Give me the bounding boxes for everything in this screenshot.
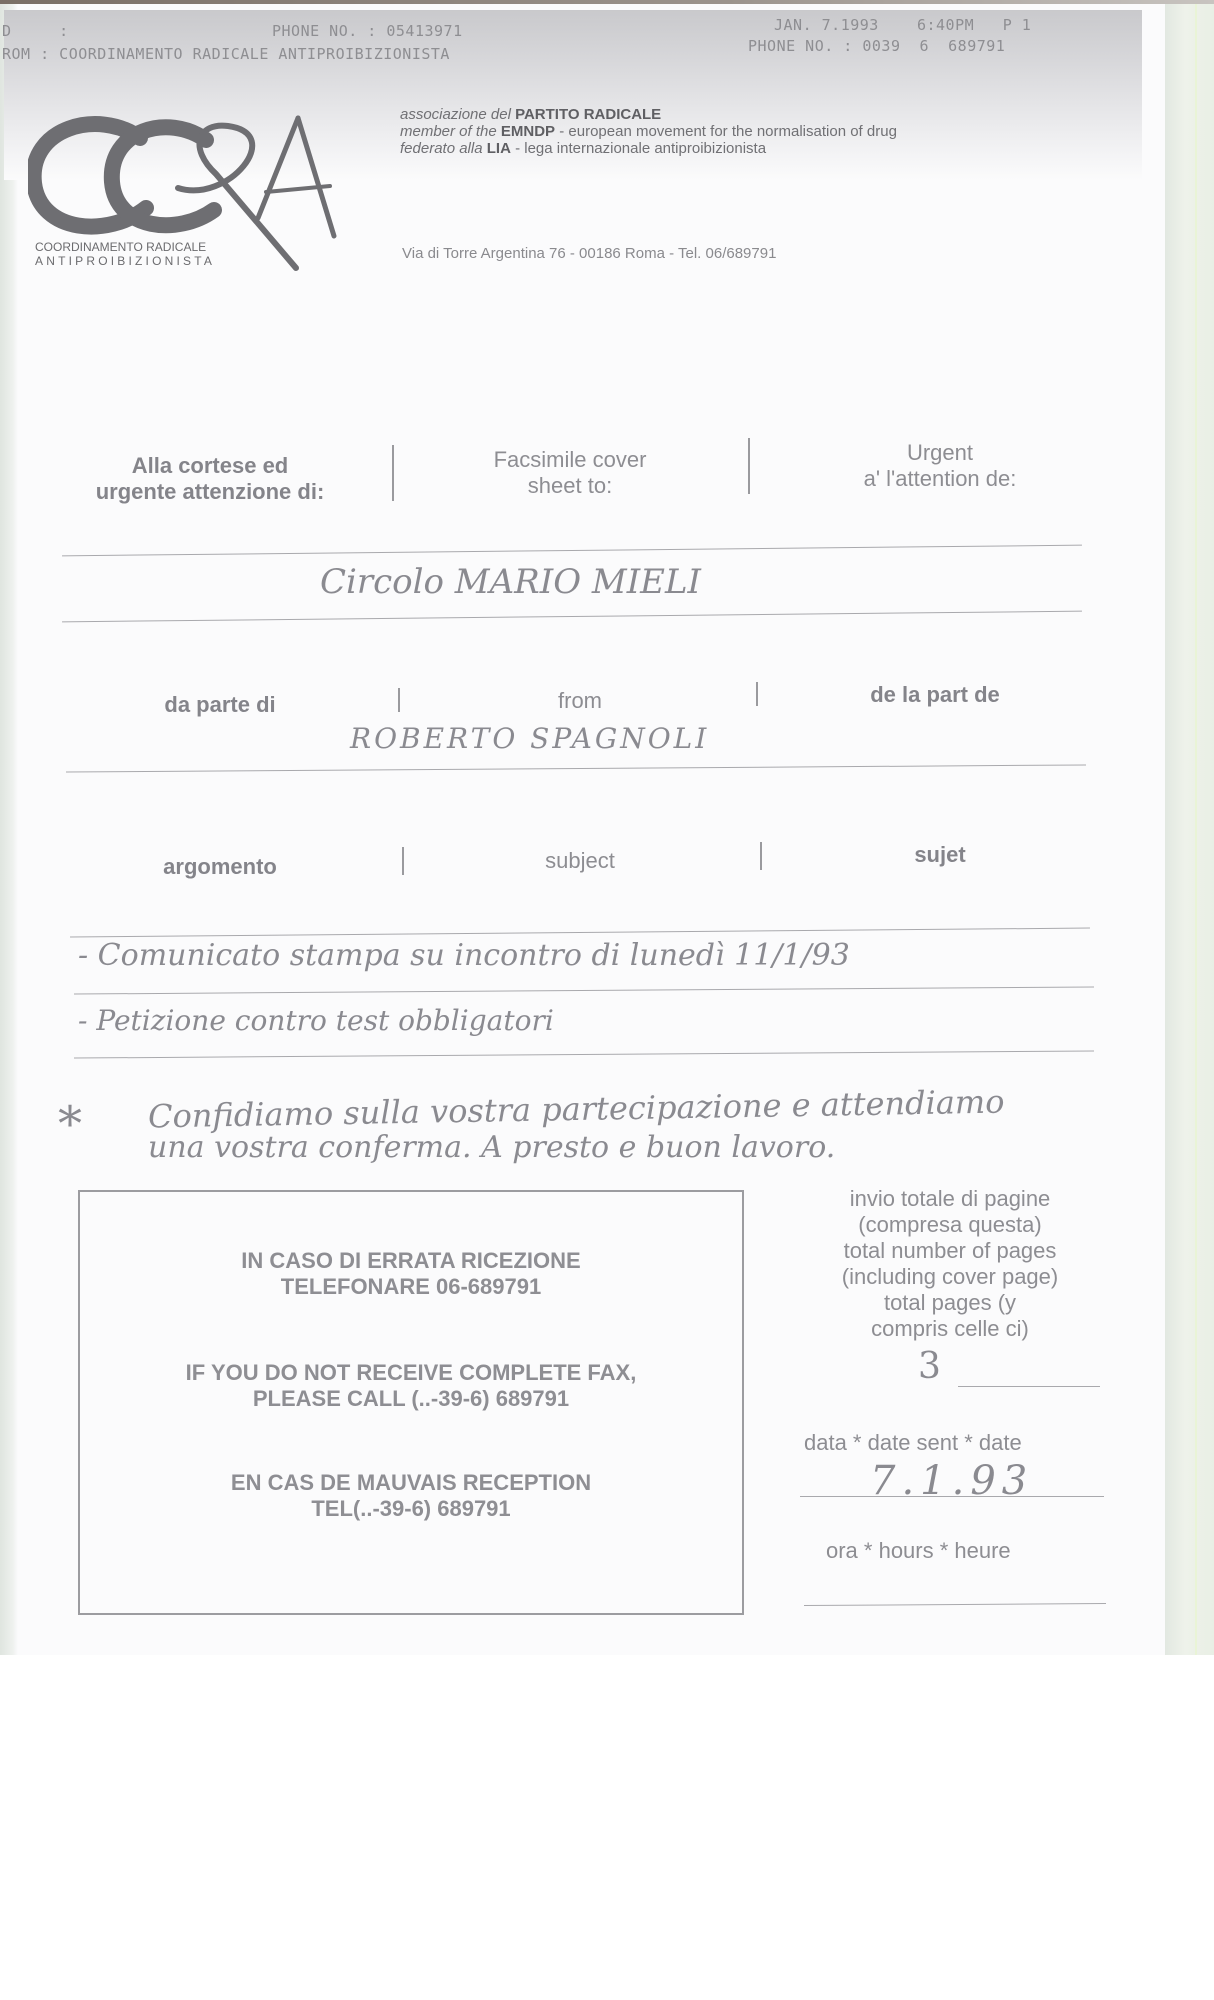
- rule: [66, 764, 1086, 772]
- note-line-1: Confidiamo sulla vostra partecipazione e…: [148, 1083, 1005, 1136]
- hours-label: ora * hours * heure: [826, 1538, 1011, 1564]
- rule: [62, 545, 1082, 557]
- rule: [62, 611, 1082, 623]
- fax-page: D : PHONE NO. : 05413971 ROM : COORDINAM…: [0, 0, 1214, 1655]
- scan-top-strip: [0, 0, 1214, 4]
- assoc-line3-italic: federato alla: [400, 140, 487, 157]
- fax-to-phone: PHONE NO. : 05413971: [272, 22, 463, 40]
- fax-to-line: D :: [2, 22, 69, 40]
- subject-label-en: subject: [480, 848, 680, 874]
- assoc-line2-rest: - european movement for the normalisatio…: [555, 123, 897, 140]
- recipient-label-it: Alla cortese edurgente attenzione di:: [60, 453, 360, 505]
- separator: [402, 847, 404, 875]
- date-rule: [800, 1496, 1104, 1497]
- rule: [70, 928, 1090, 938]
- total-pages-value: 3: [918, 1346, 941, 1387]
- assoc-line1-italic: associazione del: [400, 106, 515, 123]
- letterhead-address: Via di Torre Argentina 76 - 00186 Roma -…: [402, 245, 776, 262]
- sender-value: ROBERTO SPAGNOLI: [350, 722, 709, 755]
- logo-caption-line1: COORDINAMENTO RADICALE: [35, 240, 215, 254]
- total-pages-label: invio totale di pagine (compresa questa)…: [790, 1186, 1110, 1342]
- note-line-2: una vostra conferma. A presto e buon lav…: [148, 1130, 835, 1165]
- notice-fr: EN CAS DE MAUVAIS RECEPTIONTEL(..-39-6) …: [80, 1470, 742, 1522]
- logo-caption-line2: ANTIPROIBIZIONISTA: [35, 254, 215, 268]
- association-info: associazione del PARTITO RADICALE member…: [400, 106, 897, 157]
- rule: [74, 1050, 1094, 1058]
- recipient-label-en: Facsimile coversheet to:: [420, 447, 720, 499]
- subject-label-fr: sujet: [840, 842, 1040, 868]
- total-pages-rule: [958, 1386, 1100, 1387]
- recipient-label-fr: Urgenta' l'attention de:: [790, 440, 1090, 492]
- sender-label-it: da parte di: [120, 692, 320, 718]
- notice-en: IF YOU DO NOT RECEIVE COMPLETE FAX,PLEAS…: [80, 1360, 742, 1412]
- date-label: data * date sent * date: [804, 1430, 1022, 1456]
- fax-from-line: ROM : COORDINAMENTO RADICALE ANTIPROIBIZ…: [2, 45, 450, 63]
- logo-caption: COORDINAMENTO RADICALE ANTIPROIBIZIONIST…: [35, 240, 215, 268]
- recipient-value: Circolo MARIO MIELI: [320, 562, 701, 602]
- subject-line-1: - Comunicato stampa su incontro di luned…: [78, 938, 850, 973]
- fax-from-phone: PHONE NO. : 0039 6 689791: [748, 37, 1005, 55]
- date-value: 7.1.93: [870, 1458, 1033, 1504]
- hours-rule: [804, 1603, 1106, 1606]
- scan-edge-left: [0, 0, 18, 1655]
- subject-label-it: argomento: [120, 854, 320, 880]
- sender-label-en: from: [480, 688, 680, 714]
- subject-line-2: - Petizione contro test obbligatori: [78, 1004, 554, 1037]
- assoc-line2-italic: member of the: [400, 123, 501, 140]
- reception-notice-box: IN CASO DI ERRATA RICEZIONETELEFONARE 06…: [78, 1190, 744, 1615]
- separator: [760, 842, 762, 870]
- sender-label-fr: de la part de: [820, 682, 1050, 708]
- asterisk-icon: *: [58, 1096, 82, 1152]
- separator: [392, 445, 394, 501]
- assoc-line1-bold: PARTITO RADICALE: [515, 106, 661, 123]
- separator: [756, 682, 758, 706]
- assoc-line2-bold: EMNDP: [501, 123, 555, 140]
- separator: [748, 438, 750, 494]
- assoc-line3-bold: LIA: [487, 140, 511, 157]
- scan-edge-right: [1165, 0, 1214, 1655]
- fax-date-time-page: JAN. 7.1993 6:40PM P 1: [774, 16, 1031, 34]
- rule: [74, 986, 1094, 994]
- assoc-line3-rest: - lega internazionale antiproibizionista: [511, 140, 766, 157]
- notice-it: IN CASO DI ERRATA RICEZIONETELEFONARE 06…: [80, 1248, 742, 1300]
- separator: [398, 688, 400, 712]
